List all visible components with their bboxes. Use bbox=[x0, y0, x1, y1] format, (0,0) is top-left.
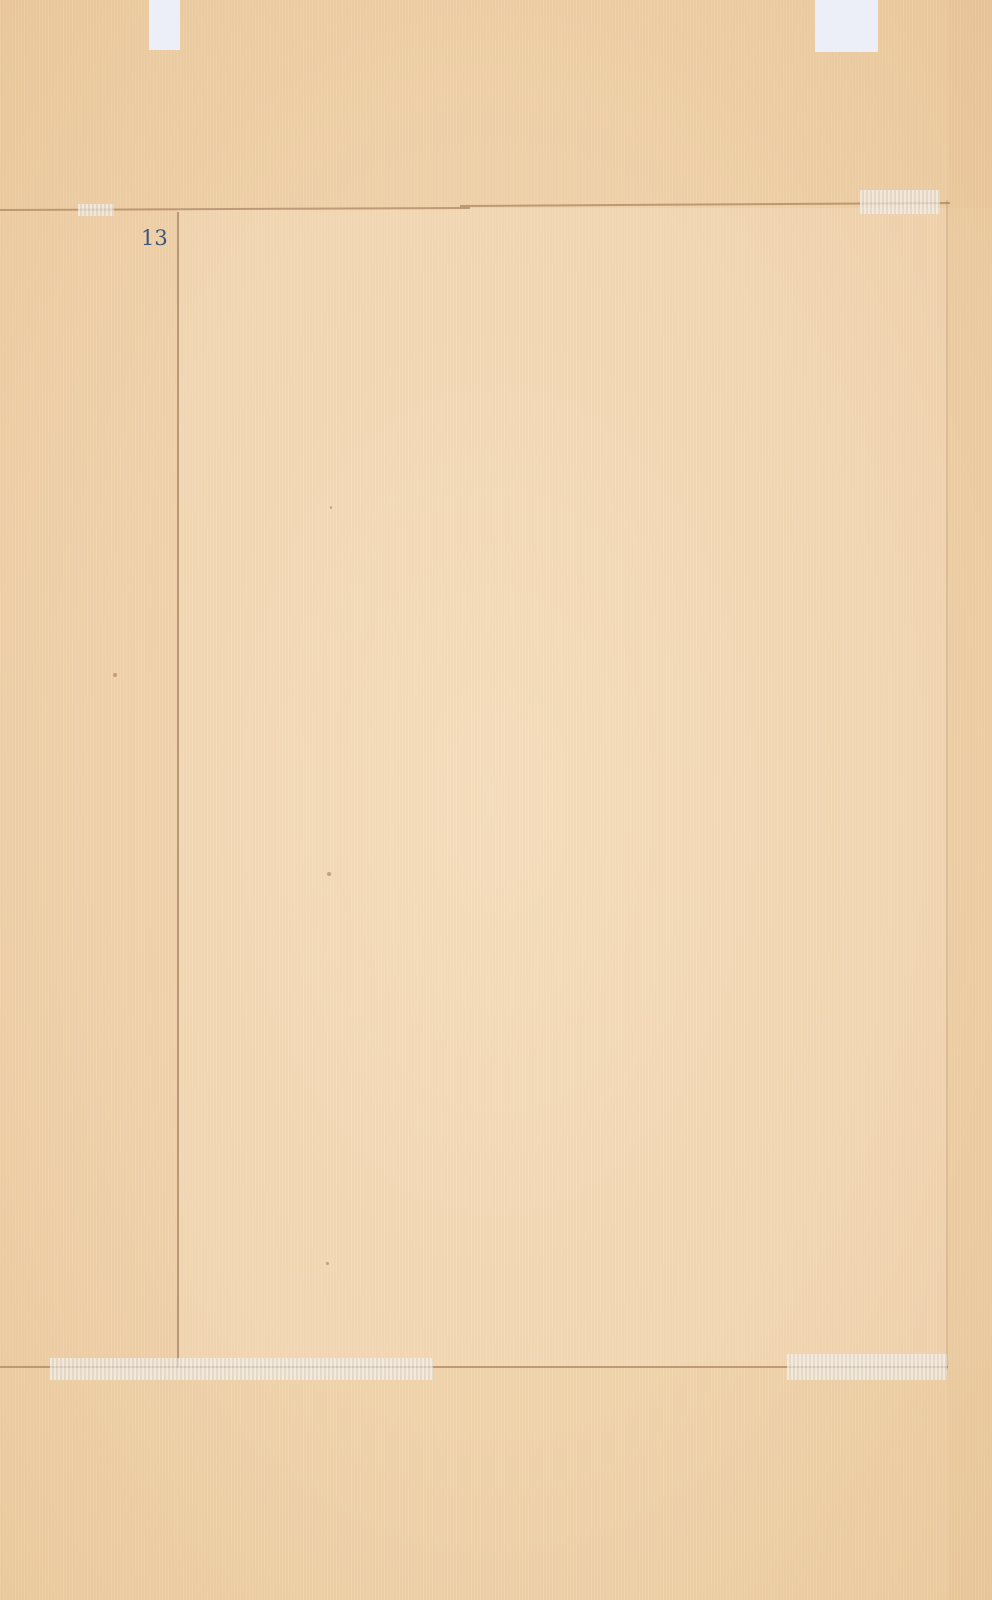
right-edge-panel bbox=[948, 0, 992, 1600]
tape-bottom-left bbox=[50, 1358, 433, 1380]
tape-bottom-right bbox=[787, 1354, 947, 1380]
bottom-panel bbox=[0, 1368, 992, 1600]
right-fold-line bbox=[946, 200, 948, 1370]
stain-spot bbox=[330, 506, 332, 509]
white-mask-top-right bbox=[815, 0, 878, 52]
main-panel bbox=[178, 208, 948, 1368]
sheet-number: 13 bbox=[141, 226, 168, 250]
tape-top-right bbox=[860, 190, 940, 214]
tape-top-left bbox=[78, 204, 114, 216]
stain-spot bbox=[327, 872, 331, 876]
stain-spot bbox=[326, 1262, 329, 1265]
stain-spot bbox=[113, 673, 117, 677]
left-fold-line bbox=[177, 212, 179, 1368]
white-mask-top-left bbox=[149, 0, 180, 50]
map-sheet: 13 bbox=[0, 0, 992, 1600]
left-margin-panel bbox=[0, 208, 178, 1368]
